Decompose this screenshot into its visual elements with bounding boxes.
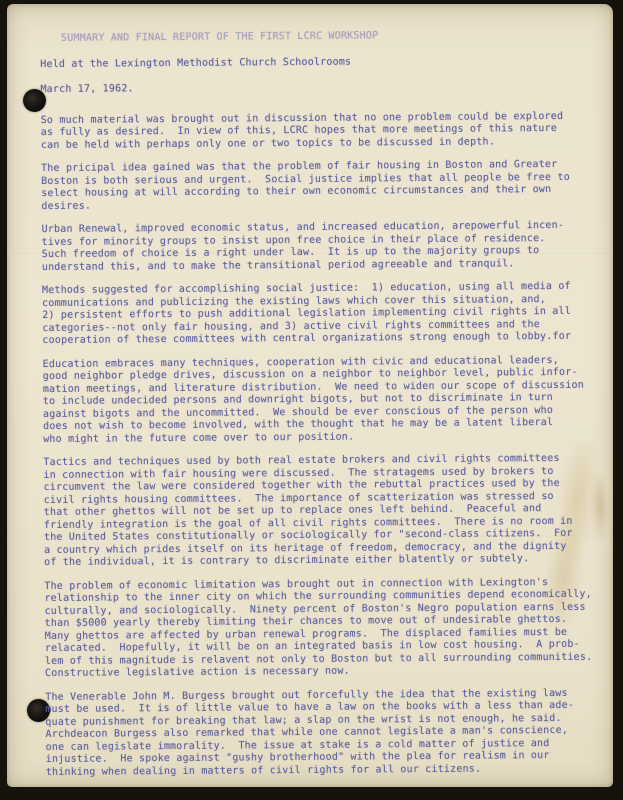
paragraph: The pricipal idea gained was that the pr… [41,159,601,213]
document-title: SUMMARY AND FINAL REPORT OF THE FIRST LC… [40,29,600,46]
paragraph: The problem of economic limitation was b… [44,576,605,680]
paragraph: So much material was brought out in disc… [41,110,601,152]
paragraph: The Venerable John M. Burgess brought ou… [45,687,606,779]
paragraph: Tactics and techniques used by both real… [43,453,604,570]
paragraph: Methods suggested for accomplishing soci… [42,281,602,348]
document-text: SUMMARY AND FINAL REPORT OF THE FIRST LC… [40,29,606,790]
paragraph: Urban Renewal, improved economic status,… [42,220,602,274]
paragraph: Education embraces many techniques, coop… [43,354,604,446]
document-date: March 17, 1962. [40,80,600,97]
document-subtitle: Held at the Lexington Methodist Church S… [40,54,600,71]
scanned-page: SUMMARY AND FINAL REPORT OF THE FIRST LC… [0,0,623,800]
paper-sheet: SUMMARY AND FINAL REPORT OF THE FIRST LC… [7,4,613,787]
